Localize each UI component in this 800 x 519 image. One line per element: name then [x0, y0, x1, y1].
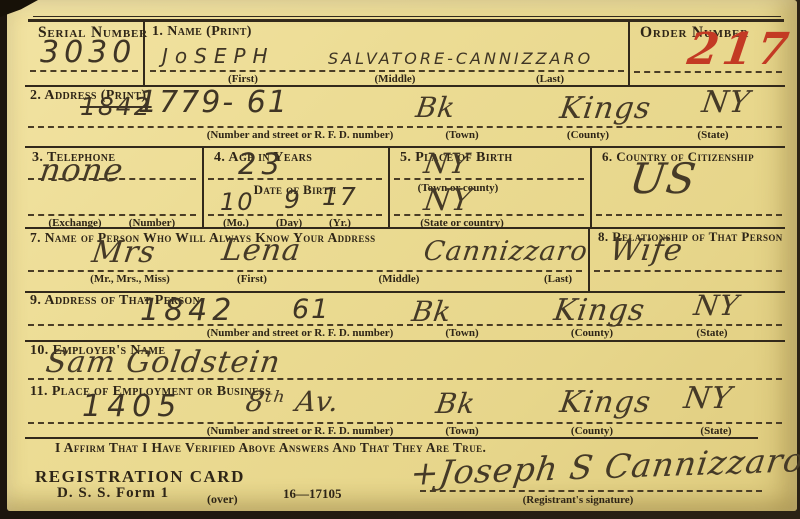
row2-border: [25, 146, 785, 148]
citizenship-value: US: [627, 158, 699, 200]
contact-sub-title: (Mr., Mrs., Miss): [90, 273, 170, 285]
row5-border: [25, 340, 785, 342]
employment-county-value: Kings: [558, 388, 653, 418]
contact-address-number-value: 1842: [140, 296, 236, 326]
top-rule-thin: [33, 16, 781, 17]
birth-sub-state: (State or country): [420, 217, 504, 229]
registration-card-scan: Serial Number 1. Name (Print) Order Numb…: [0, 0, 800, 519]
contact-write-line: [28, 270, 582, 272]
relationship-write-line: [594, 270, 782, 272]
address-number-value: 1779- 61: [138, 88, 289, 118]
relationship-value: Wife: [608, 236, 685, 266]
signature-sub-label: (Registrant's signature): [523, 494, 634, 506]
citizenship-write-line: [596, 214, 782, 216]
name-sub-last: (Last): [536, 73, 564, 85]
address-sub-town: (Town): [445, 129, 478, 141]
employment-sub-town: (Town): [445, 425, 478, 437]
contact-address-street-value: 61: [292, 296, 330, 323]
print-code: 16—17105: [283, 486, 342, 502]
divider-birth-citizenship: [590, 148, 592, 228]
divider-age-birth: [388, 148, 390, 228]
contact-address-county-value: Kings: [552, 296, 647, 326]
age-value: 23: [238, 150, 285, 179]
employment-sub-street: (Number and street or R. F. D. number): [207, 425, 394, 437]
dob-day-value: 9: [284, 187, 302, 212]
order-number-value: 217: [685, 28, 795, 72]
employment-street-value: 8ᵗʰ Av.: [244, 388, 341, 416]
contact-label: 7. Name of Person Who Will Always Know Y…: [30, 230, 376, 246]
contact-title-value: Mrs: [90, 238, 158, 268]
employment-state-value: NY: [682, 384, 734, 414]
address-county-value: Kings: [558, 94, 653, 124]
contact-first-value: Lena: [220, 236, 303, 266]
name-middle-last-value: SALVATORE-CANNIZZARO: [328, 51, 593, 67]
employer-value: Sam Goldstein: [44, 348, 283, 378]
contact-address-sub-street: (Number and street or R. F. D. number): [207, 327, 394, 339]
divider-tel-age: [202, 148, 204, 228]
address-write-line: [28, 126, 782, 128]
dob-month-value: 10: [220, 190, 255, 214]
telephone-sub-number: (Number): [129, 217, 175, 229]
employment-sub-state: (State): [700, 425, 731, 437]
dob-sub-month: (Mo.): [223, 217, 249, 229]
contact-address-sub-town: (Town): [445, 327, 478, 339]
form-number: D. S. S. Form 1: [57, 485, 169, 502]
name-label: 1. Name (Print): [152, 24, 252, 40]
telephone-number-line: [28, 214, 196, 216]
contact-sub-first: (First): [237, 273, 267, 285]
serial-number-value: 3030: [40, 38, 136, 68]
address-sub-state: (State): [697, 129, 728, 141]
contact-sub-last: (Last): [544, 273, 572, 285]
address-town-value: Bk: [414, 94, 457, 122]
name-write-line: [150, 70, 624, 72]
dob-sub-day: (Day): [276, 217, 302, 229]
name-sub-first: (First): [228, 73, 258, 85]
employment-number-value: 1405: [82, 392, 182, 422]
contact-address-state-value: NY: [692, 292, 741, 320]
over-note: (over): [207, 492, 238, 507]
contact-address-sub-county: (County): [571, 327, 613, 339]
contact-sub-middle: (Middle): [379, 273, 420, 285]
name-sub-middle: (Middle): [375, 73, 416, 85]
dob-year-value: 17: [322, 184, 358, 209]
address-sub-county: (County): [567, 129, 609, 141]
employment-sub-county: (County): [571, 425, 613, 437]
age-write-line: [208, 178, 382, 180]
birth-state-value: NY: [422, 186, 474, 216]
name-first-value: JoSEPH: [162, 46, 275, 66]
row7-border: [25, 437, 758, 439]
birth-town-value: NY: [422, 150, 471, 178]
card-title: REGISTRATION CARD: [35, 467, 245, 487]
divider-name-order: [628, 21, 630, 85]
serial-write-line: [30, 70, 138, 72]
telephone-value: none: [38, 154, 126, 186]
address-sub-street: (Number and street or R. F. D. number): [207, 129, 394, 141]
address-state-value: NY: [700, 88, 752, 118]
employment-town-value: Bk: [434, 390, 477, 418]
telephone-sub-exchange: (Exchange): [48, 217, 101, 229]
contact-address-sub-state: (State): [696, 327, 727, 339]
dob-sub-year: (Yr.): [329, 217, 351, 229]
contact-address-town-value: Bk: [410, 298, 453, 326]
top-rule-thick: [28, 19, 784, 22]
contact-last-value: Cannizzaro: [422, 238, 590, 265]
